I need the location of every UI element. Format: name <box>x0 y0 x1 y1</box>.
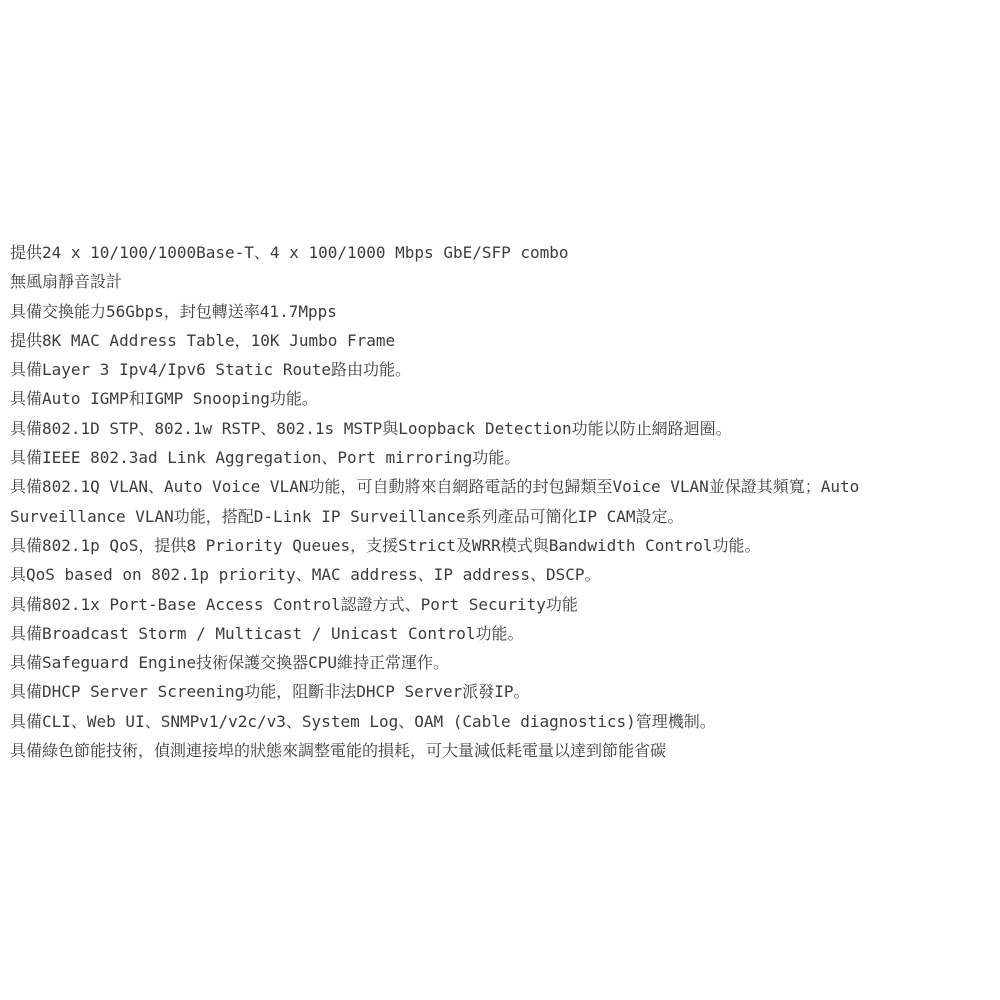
feature-line: 具QoS based on 802.1p priority、MAC addres… <box>10 560 996 589</box>
feature-line: 具備DHCP Server Screening功能，阻斷非法DHCP Serve… <box>10 677 996 706</box>
feature-line: 具備Broadcast Storm / Multicast / Unicast … <box>10 619 996 648</box>
feature-line: 具備802.1p QoS，提供8 Priority Queues，支援Stric… <box>10 531 996 560</box>
feature-line: 具備802.1D STP、802.1w RSTP、802.1s MSTP與Loo… <box>10 414 996 443</box>
feature-line: 具備Layer 3 Ipv4/Ipv6 Static Route路由功能。 <box>10 355 996 384</box>
feature-line: 提供24 x 10/100/1000Base-T、4 x 100/1000 Mb… <box>10 238 996 267</box>
feature-line: Surveillance VLAN功能，搭配D-Link IP Surveill… <box>10 502 996 531</box>
feature-line: 提供8K MAC Address Table，10K Jumbo Frame <box>10 326 996 355</box>
feature-line: 具備802.1x Port-Base Access Control認證方式、Po… <box>10 590 996 619</box>
feature-line: 無風扇靜音設計 <box>10 267 996 296</box>
feature-line: 具備Auto IGMP和IGMP Snooping功能。 <box>10 384 996 413</box>
feature-line: 具備交換能力56Gbps，封包轉送率41.7Mpps <box>10 297 996 326</box>
feature-line: 具備CLI、Web UI、SNMPv1/v2c/v3、System Log、OA… <box>10 707 996 736</box>
feature-line: 具備IEEE 802.3ad Link Aggregation、Port mir… <box>10 443 996 472</box>
document-page: 提供24 x 10/100/1000Base-T、4 x 100/1000 Mb… <box>0 0 1000 1000</box>
feature-list: 提供24 x 10/100/1000Base-T、4 x 100/1000 Mb… <box>10 238 996 765</box>
feature-line: 具備綠色節能技術，偵測連接埠的狀態來調整電能的損耗，可大量減低耗電量以達到節能省… <box>10 736 996 765</box>
feature-line: 具備Safeguard Engine技術保護交換器CPU維持正常運作。 <box>10 648 996 677</box>
feature-line: 具備802.1Q VLAN、Auto Voice VLAN功能，可自動將來自網路… <box>10 472 996 501</box>
